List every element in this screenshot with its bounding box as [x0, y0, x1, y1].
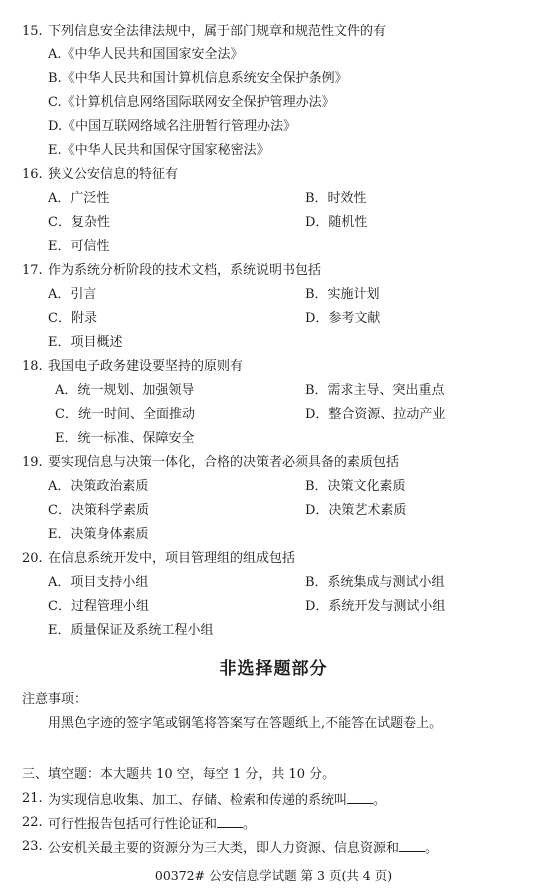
notice-text: 用黑色字迹的签字笔或钢笔将答案写在答题纸上,不能答在试题卷上。	[48, 716, 442, 732]
option-d: D.《中国互联网络域名注册暂行管理办法》	[48, 119, 296, 135]
option-e: E．质量保证及系统工程小组	[48, 623, 214, 639]
option-e: E．项目概述	[48, 335, 123, 351]
option-c: C．复杂性	[48, 215, 110, 231]
option-a: A．引言	[48, 287, 96, 303]
option-e: E．决策身体素质	[48, 527, 149, 543]
option-a: A.《中华人民共和国国家安全法》	[48, 47, 244, 63]
option-d: D．决策艺术素质	[305, 503, 406, 519]
question-text: 下列信息安全法律法规中，属于部门规章和规范性文件的有	[48, 24, 386, 40]
option-e: E.《中华人民共和国保守国家秘密法》	[48, 143, 270, 159]
question-text: 公安机关最主要的资源分为三大类，即人力资源、信息资源和	[48, 841, 399, 856]
fill-in-title: 三、填空题：本大题共 10 空，每空 1 分，共 10 分。	[22, 767, 335, 783]
option-c: C．决策科学素质	[48, 503, 149, 519]
question-number: 15.	[22, 24, 43, 40]
option-b: B.《中华人民共和国计算机信息系统安全保护条例》	[48, 71, 348, 87]
answer-blank	[347, 791, 373, 804]
option-a: A．项目支持小组	[48, 575, 148, 591]
option-d: D．整合资源、拉动产业	[305, 407, 445, 423]
question-number: 23.	[22, 839, 43, 855]
option-e: E．统一标准、保障安全	[55, 431, 195, 447]
question-text: 要实现信息与决策一体化，合格的决策者必须具备的素质包括	[48, 455, 399, 471]
answer-blank	[399, 839, 425, 852]
option-d: D．随机性	[305, 215, 367, 231]
notice-label: 注意事项：	[22, 692, 87, 708]
answer-blank	[217, 815, 243, 828]
question-text: 为实现信息收集、加工、存储、检索和传递的系统叫	[48, 793, 347, 808]
option-c: C．过程管理小组	[48, 599, 149, 615]
option-a: A．统一规划、加强领导	[55, 383, 194, 399]
question-suffix: 。	[243, 817, 256, 832]
option-b: B．决策文化素质	[305, 479, 406, 495]
question-suffix: 。	[425, 841, 438, 856]
question-number: 19.	[22, 455, 43, 471]
question-body: 为实现信息收集、加工、存储、检索和传递的系统叫。	[48, 791, 386, 809]
question-number: 18.	[22, 359, 43, 375]
question-number: 22.	[22, 815, 43, 831]
option-d: D．参考文献	[305, 311, 380, 327]
option-b: B．需求主导、突出重点	[305, 383, 445, 399]
option-a: A．广泛性	[48, 191, 109, 207]
question-number: 21.	[22, 791, 43, 807]
question-text: 作为系统分析阶段的技术文档，系统说明书包括	[48, 263, 321, 279]
option-b: B．实施计划	[305, 287, 380, 303]
question-text: 在信息系统开发中，项目管理组的组成包括	[48, 551, 295, 567]
question-text: 可行性报告包括可行性论证和	[48, 817, 217, 832]
question-suffix: 。	[373, 793, 386, 808]
option-b: B．系统集成与测试小组	[305, 575, 445, 591]
option-c: C．附录	[48, 311, 97, 327]
option-b: B．时效性	[305, 191, 367, 207]
question-body: 公安机关最主要的资源分为三大类，即人力资源、信息资源和。	[48, 839, 438, 857]
question-number: 16.	[22, 167, 43, 183]
option-c: C.《计算机信息网络国际联网安全保护管理办法》	[48, 95, 335, 111]
question-text: 我国电子政务建设要坚持的原则有	[48, 359, 243, 375]
section-heading: 非选择题部分	[0, 654, 547, 679]
page-footer: 00372# 公安信息学试题 第 3 页(共 4 页)	[0, 866, 547, 884]
option-c: C．统一时间、全面推动	[55, 407, 195, 423]
question-number: 17.	[22, 263, 43, 279]
option-a: A．决策政治素质	[48, 479, 148, 495]
question-body: 可行性报告包括可行性论证和。	[48, 815, 256, 833]
option-d: D．系统开发与测试小组	[305, 599, 445, 615]
question-text: 狭义公安信息的特征有	[48, 167, 178, 183]
question-number: 20.	[22, 551, 43, 567]
option-e: E．可信性	[48, 239, 110, 255]
